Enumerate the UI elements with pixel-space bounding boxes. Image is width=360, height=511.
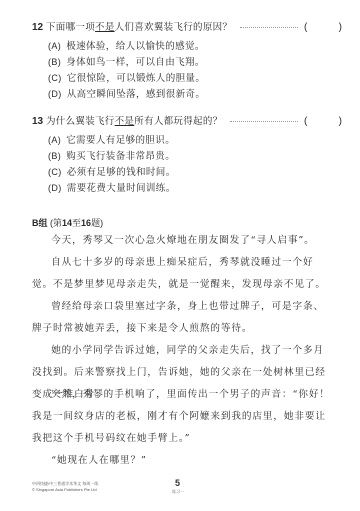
option-text: 从高空瞬间坠落，感到很新奇。	[67, 89, 206, 100]
option-text: 需要花费大量时间训练。	[67, 183, 176, 194]
section-range-from: 14	[62, 218, 72, 228]
answer-leader-dots	[230, 120, 298, 122]
option-a: (A)极速体验，给人以愉快的感觉。	[48, 40, 205, 53]
footer-copyright: © Singapore Asia Publishers Pte Ltd	[32, 487, 98, 493]
answer-leader-dots	[240, 26, 298, 28]
question-text: 为什么翼装飞行不是所有人都玩得起的？	[46, 116, 222, 128]
section-range-to-word: 至	[72, 218, 81, 228]
question-emphasis: 不是	[95, 22, 115, 33]
option-label: (C)	[48, 167, 62, 177]
option-d: (D)需要花费大量时间训练。	[48, 182, 176, 195]
option-text: 它很惊险，可以锻炼人的胆量。	[67, 73, 206, 84]
option-label: (B)	[48, 151, 61, 161]
paren-open: (	[304, 116, 307, 128]
paren-open: (	[304, 22, 307, 34]
footer-publisher: 中四快捷/中三普通学术华文 每周一练 © Singapore Asia Publ…	[32, 481, 98, 493]
option-c: (C)它很惊险，可以锻炼人的胆量。	[48, 72, 205, 85]
section-range-close: 题)	[91, 218, 103, 228]
option-text: 身体如鸟一样，可以自由飞翔。	[66, 57, 205, 68]
option-text: 极速体验，给人以愉快的感觉。	[66, 41, 205, 52]
question-emphasis: 不是	[115, 116, 135, 127]
section-heading: B组 (第14至16题)	[32, 216, 103, 229]
option-c: (C)必须有足够的钱和时间。	[48, 166, 176, 179]
option-d: (D)从高空瞬间坠落，感到很新奇。	[48, 88, 205, 101]
page-number: 5	[175, 478, 180, 488]
question-prefix: 为什么翼装飞行	[46, 116, 115, 127]
option-label: (B)	[48, 57, 61, 67]
paren-close: )	[339, 22, 342, 34]
option-label: (A)	[48, 41, 61, 51]
answer-blank[interactable]: ()	[304, 116, 342, 128]
question-suffix: 人们喜欢翼装飞行的原因？	[115, 22, 233, 33]
option-label: (D)	[48, 183, 62, 193]
section-title: B组	[32, 218, 48, 228]
section-range-to: 16	[81, 218, 91, 228]
passage-paragraph: 自从七十多岁的母亲患上痴呆症后，秀琴就没睡过一个好觉。不是梦里梦见母亲走失，就是…	[32, 252, 332, 296]
option-b: (B)身体如鸟一样，可以自由飞翔。	[48, 56, 205, 69]
option-label: (D)	[48, 89, 62, 99]
question-13: 13 为什么翼装飞行不是所有人都玩得起的？ ()	[32, 116, 342, 128]
option-text: 它需要人有足够的胆识。	[66, 135, 175, 146]
option-text: 必须有足够的钱和时间。	[67, 167, 176, 178]
option-label: (A)	[48, 135, 61, 145]
question-number: 13	[32, 116, 46, 128]
section-range-open: (第	[50, 218, 62, 228]
question-prefix: 下面哪一项	[46, 22, 95, 33]
question-12: 12 下面哪一项不是人们喜欢翼装飞行的原因？ ()	[32, 22, 342, 34]
passage-paragraph: “她现在人在哪里？”	[32, 450, 332, 472]
passage-paragraph: 突然，秀琴的手机响了，里面传出一个男子的声音：“你好！我是一间纹身店的老板，刚才…	[32, 384, 332, 450]
passage-paragraph: 今天，秀琴又一次心急火燎地在朋友圈发了“寻人启事”。	[32, 230, 332, 252]
option-label: (C)	[48, 73, 62, 83]
option-a: (A)它需要人有足够的胆识。	[48, 134, 175, 147]
paren-close: )	[339, 116, 342, 128]
question-text: 下面哪一项不是人们喜欢翼装飞行的原因？	[46, 22, 232, 34]
worksheet-page: 12 下面哪一项不是人们喜欢翼装飞行的原因？ () (A)极速体验，给人以愉快的…	[0, 0, 360, 511]
option-b: (B)购买飞行装备非常昂贵。	[48, 150, 175, 163]
option-text: 购买飞行装备非常昂贵。	[66, 151, 175, 162]
passage-paragraph: 曾经给母亲口袋里塞过字条，身上也带过牌子，可是字条、牌子时常被她弄丢，接下来是令…	[32, 296, 332, 340]
page-subtitle: 练习一	[172, 489, 184, 495]
answer-blank[interactable]: ()	[304, 22, 342, 34]
question-suffix: 所有人都玩得起的？	[134, 116, 222, 127]
question-number: 12	[32, 22, 46, 34]
